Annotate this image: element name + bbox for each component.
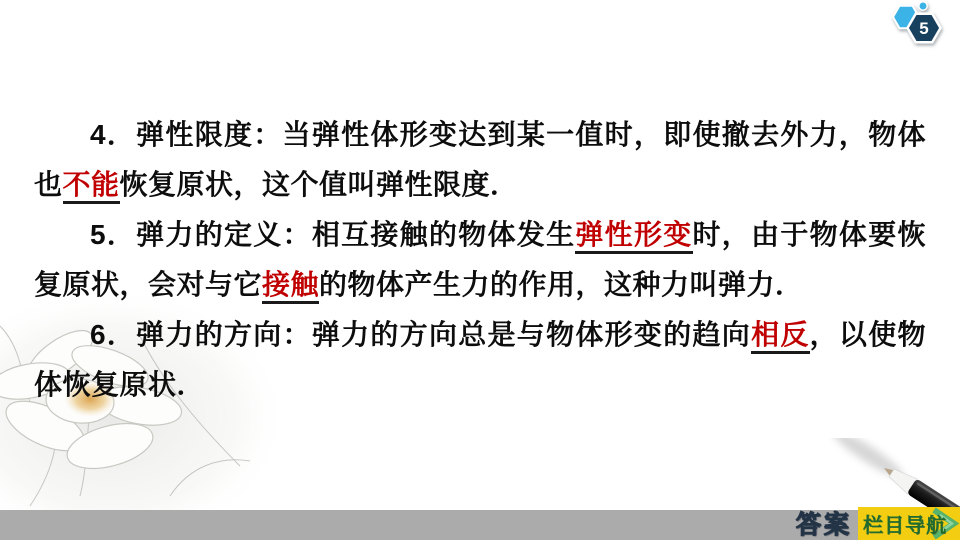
nav-button-label: 栏目导航 — [858, 509, 947, 538]
highlight-term: 不能 — [63, 169, 120, 204]
text-segment: 的物体产生力的作用，这种力叫弹力． — [319, 269, 804, 300]
pen-image — [828, 438, 960, 512]
page-number-badge: 5 — [884, 0, 948, 54]
slide: 4．弹性限度：当弹性体形变达到某一值时，即使撤去外力，物体也不能恢复原状，这个值… — [0, 0, 960, 540]
answer-button[interactable]: 答案 — [788, 510, 860, 540]
text-segment: 5．弹力的定义：相互接触的物体发生 — [90, 219, 575, 250]
page-number: 5 — [919, 19, 928, 38]
paragraph: 6．弹力的方向：弹力的方向总是与物体形变的趋向相反，以使物体恢复原状． — [34, 310, 926, 410]
column-navigation-button[interactable]: 栏目导航 — [858, 507, 960, 540]
text-segment: 恢复原状，这个值叫弹性限度． — [120, 169, 519, 200]
highlight-term: 弹性形变 — [575, 219, 692, 254]
dot-icon — [919, 2, 927, 10]
highlight-term: 相反 — [751, 319, 810, 354]
content: 4．弹性限度：当弹性体形变达到某一值时，即使撤去外力，物体也不能恢复原状，这个值… — [34, 110, 926, 410]
text-segment: 6．弹力的方向：弹力的方向总是与物体形变的趋向 — [90, 319, 751, 350]
paragraph: 4．弹性限度：当弹性体形变达到某一值时，即使撤去外力，物体也不能恢复原状，这个值… — [34, 110, 926, 210]
paragraph: 5．弹力的定义：相互接触的物体发生弹性形变时，由于物体要恢复原状，会对与它接触的… — [34, 210, 926, 310]
highlight-term: 接触 — [262, 269, 319, 304]
